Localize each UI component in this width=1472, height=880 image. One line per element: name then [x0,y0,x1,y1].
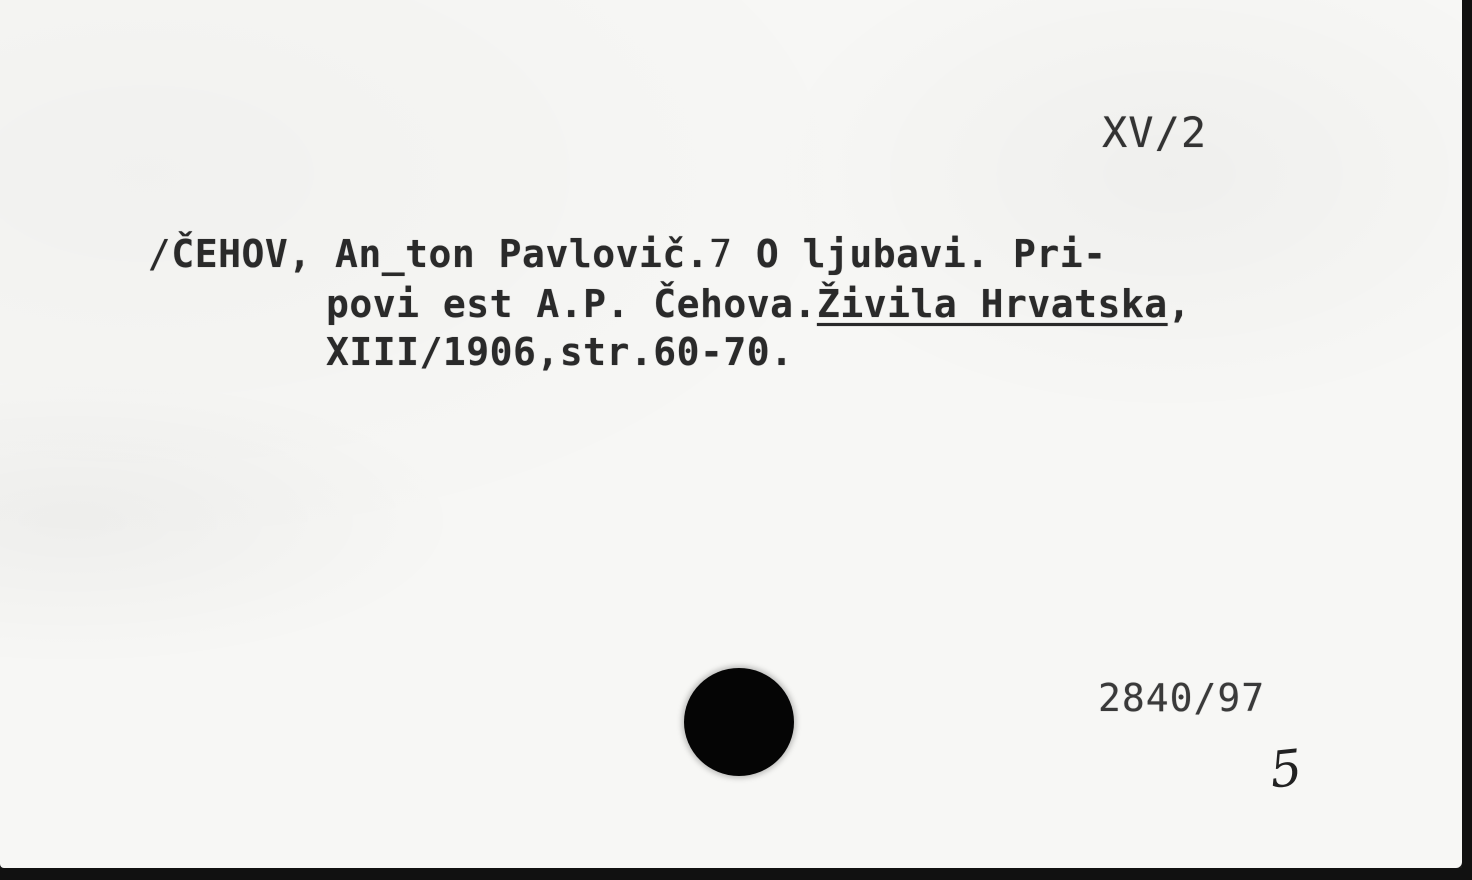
scan-edge-bottom [0,868,1472,880]
scan-edge-right [1462,0,1472,880]
accession-number: 2840/97 [1098,676,1265,720]
author-name: ČEHOV, An_ton Pavlovič. [171,232,709,276]
entry-line-volume-pages: XIII/1906,str.60-70. [326,330,794,374]
shelf-mark: XV/2 [1102,108,1207,157]
comma: , [1168,282,1191,326]
entry-line-source: povi est A.P. Čehova.Živila Hrvatska, [326,282,1191,326]
bracket-close: 7 [709,232,732,276]
catalog-card: XV/2 /ČEHOV, An_ton Pavlovič.7 O ljubavi… [0,0,1462,868]
punch-hole-icon [684,668,794,776]
bracket-open: / [148,232,171,276]
journal-name: Živila Hrvatska [817,282,1168,326]
handwritten-mark: 5 [1267,738,1305,799]
title-continuation: povi est A.P. Čehova. [326,282,817,326]
work-title: O ljubavi. Pri- [732,232,1106,276]
entry-line-author-title: /ČEHOV, An_ton Pavlovič.7 O ljubavi. Pri… [148,232,1107,276]
